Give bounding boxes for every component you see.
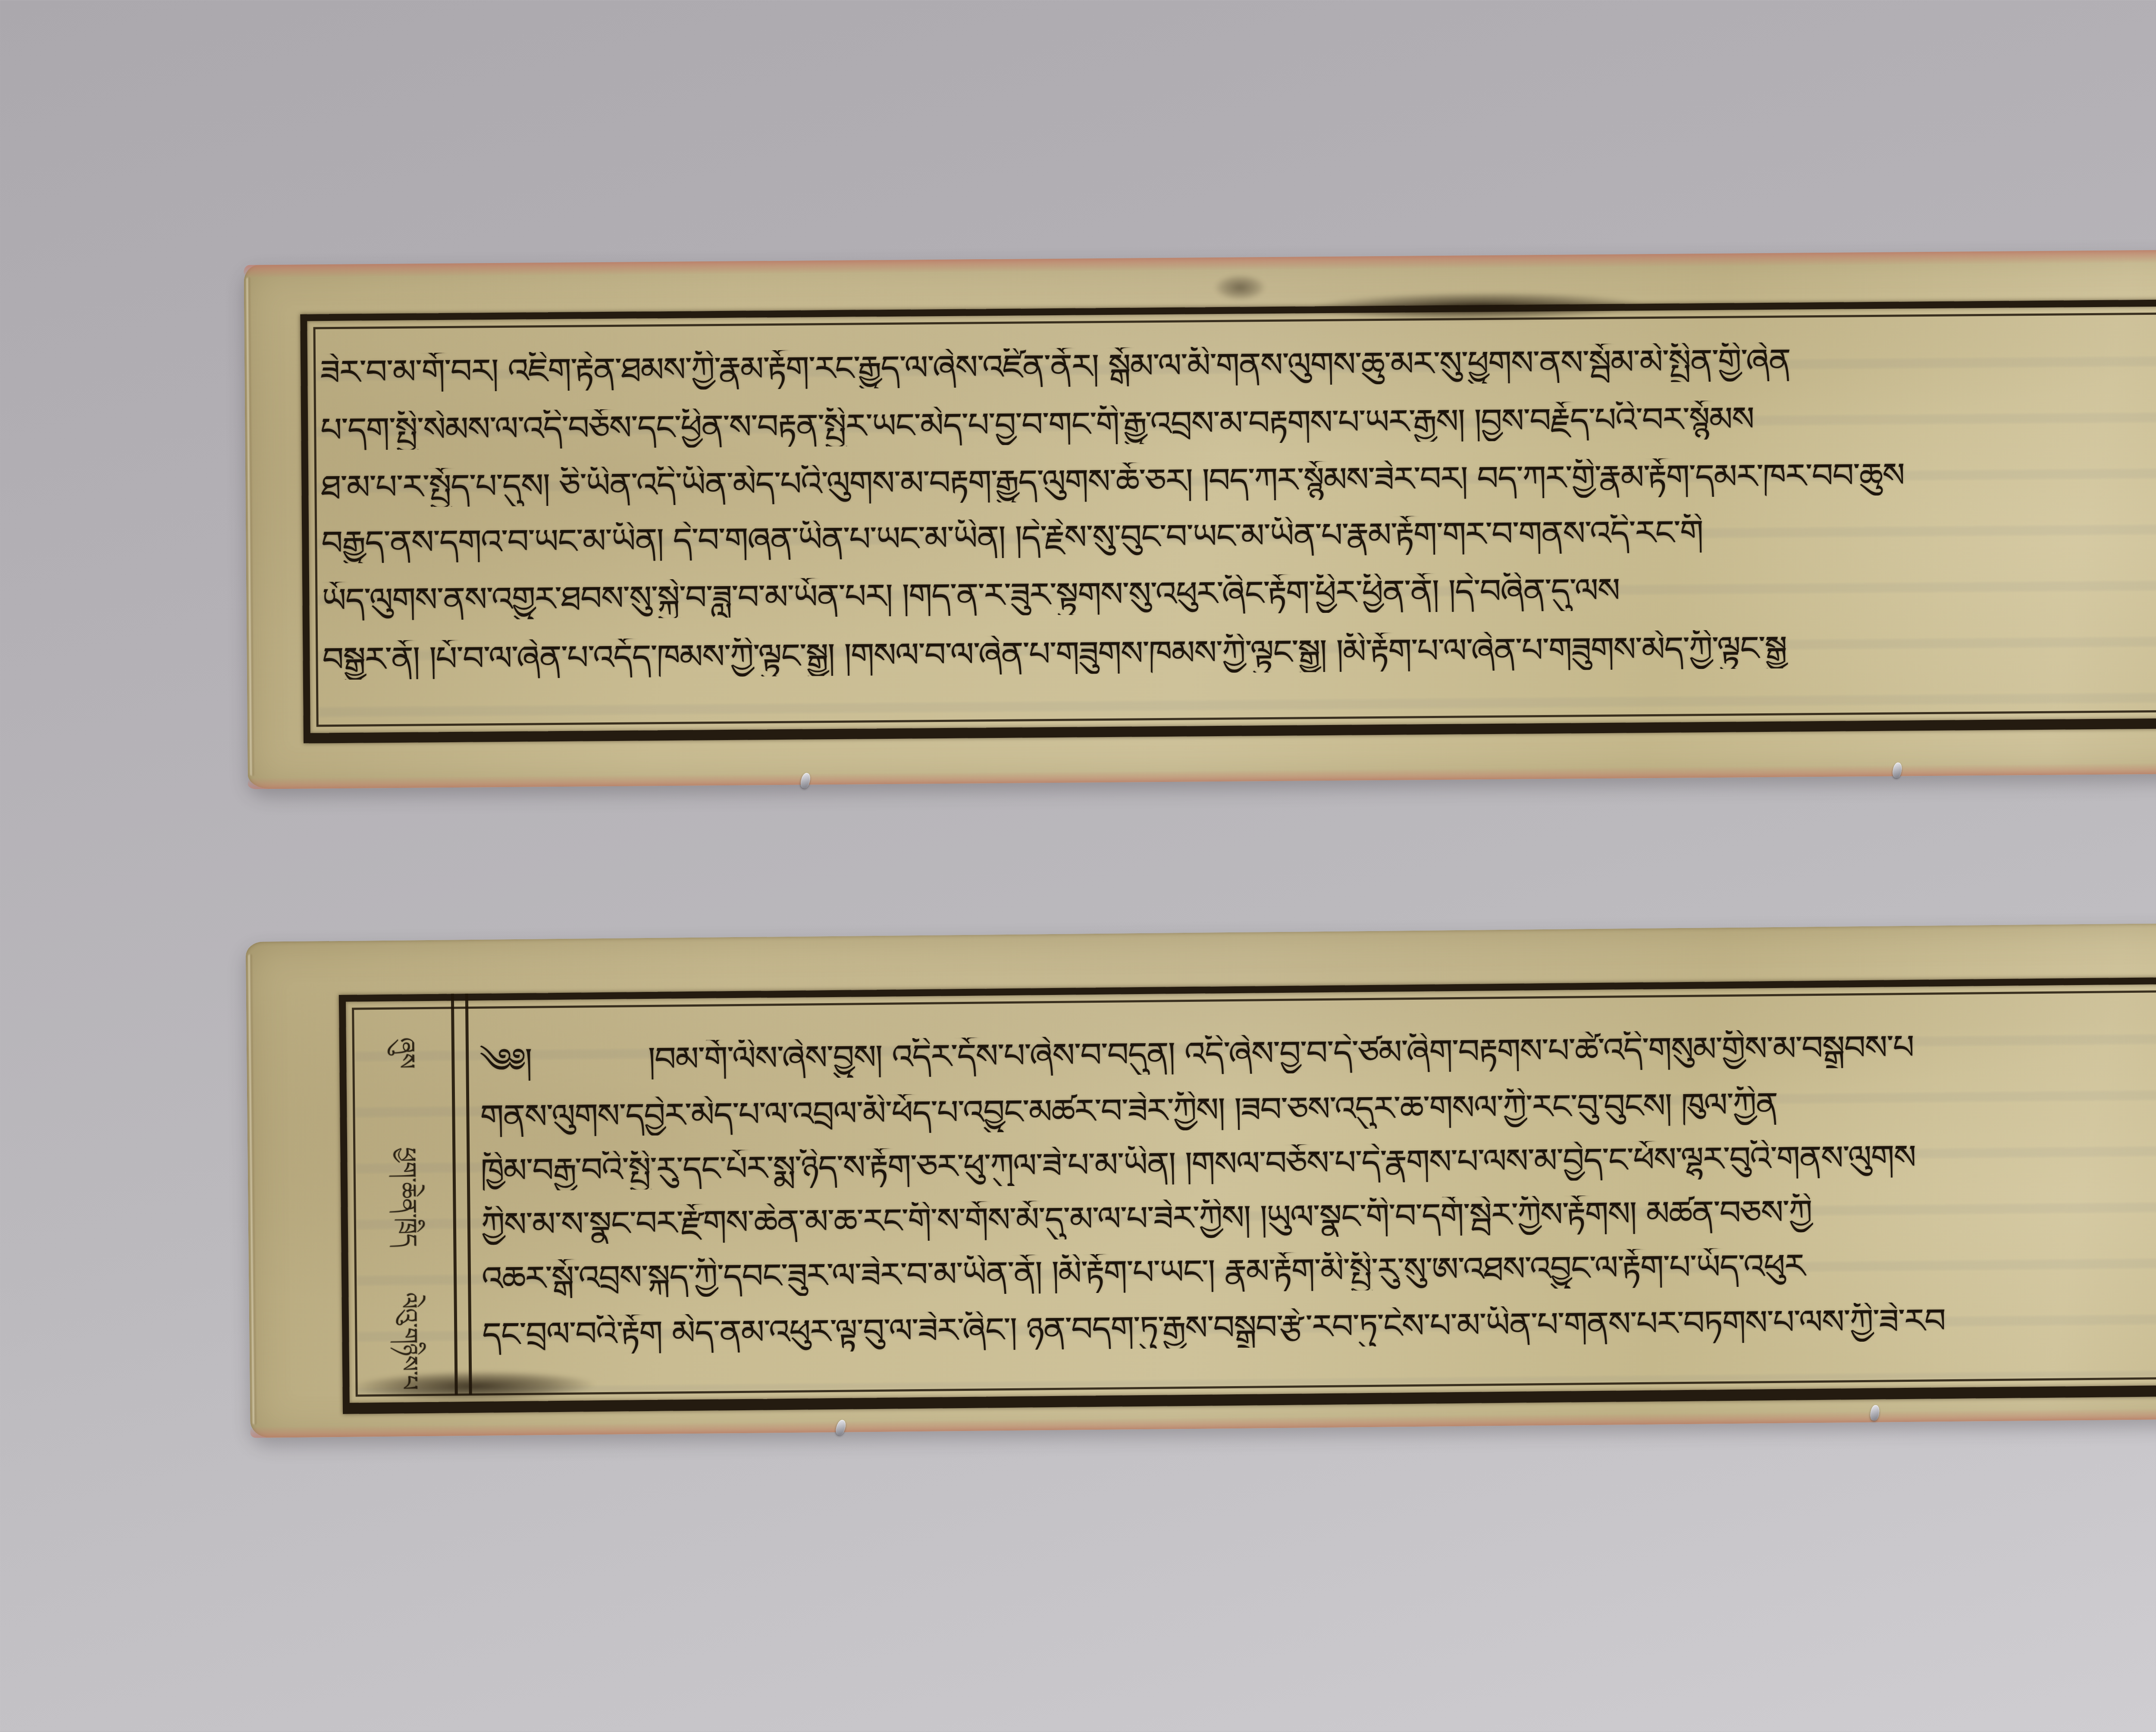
paper-edge-pink-tint [244, 248, 2156, 278]
photograph-background: ཟེར་བ་མ་གོ་བར། འཇིག་རྟེན་ཐམས་ཀྱི་རྣམ་རྟོ… [0, 0, 2156, 1732]
paper-edge-pink-tint [248, 761, 2156, 789]
pecha-leaf-bottom: ཞུས ཕྱག་ཆེན་ཁྲིད ལེའུ་གཉིས་པ ༄༅།།བམ་གོ་ལ… [246, 921, 2156, 1438]
line-indent-gap [532, 1071, 648, 1072]
margin-title-vertical: ཞུས ཕྱག་ཆེན་ཁྲིད ལེའུ་གཉིས་པ [356, 1020, 446, 1374]
pecha-leaf-top: ཟེར་བ་མ་གོ་བར། འཇིག་རྟེན་ཐམས་ཀྱི་རྣམ་རྟོ… [244, 248, 2156, 789]
margin-note: ལེའུ་གཉིས་པ [369, 1292, 436, 1390]
deckle-edge [248, 954, 257, 1425]
margin-note: ཕྱག་ཆེན་ཁྲིད [368, 1147, 434, 1247]
margin-column: ཞུས ཕྱག་ཆེན་ཁྲིད ལེའུ་གཉིས་པ [339, 994, 472, 1396]
yig-mgo-opening-mark: ༄༅། [479, 1042, 532, 1081]
deckle-edge [247, 277, 255, 776]
margin-note: ཞུས [367, 1037, 433, 1069]
ink-smudge [1214, 274, 1266, 301]
